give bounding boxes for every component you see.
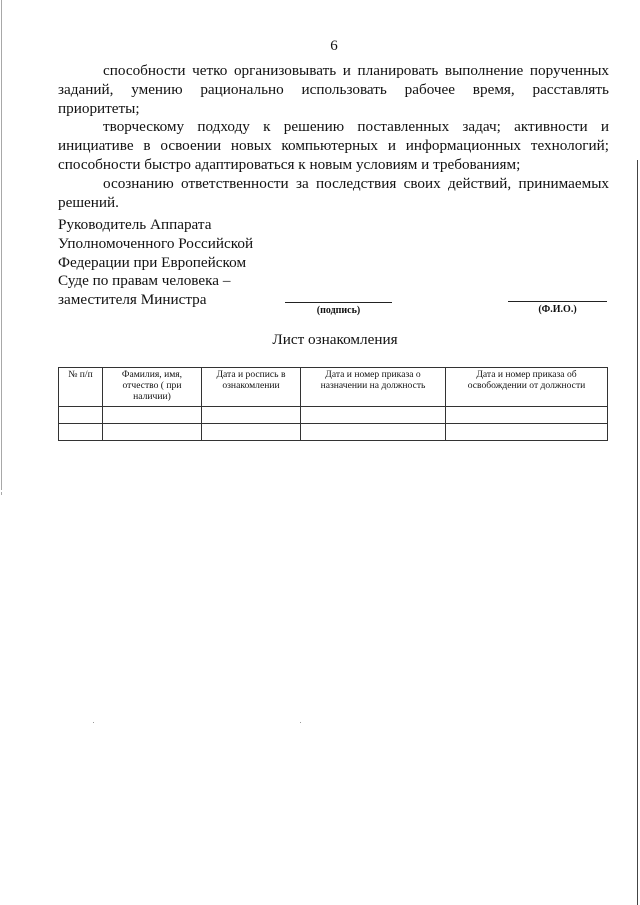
name-line [508, 301, 607, 302]
table-cell[interactable] [103, 407, 202, 424]
table-cell[interactable] [202, 407, 301, 424]
signatory-line: Руководитель Аппарата [58, 216, 298, 235]
acknowledgement-table: № п/п Фамилия, имя, отчество ( при налич… [58, 367, 608, 441]
column-header-appointment-order: Дата и номер приказа о назначении на дол… [301, 368, 446, 407]
table-cell[interactable] [446, 424, 608, 441]
paragraph: способности четко организовывать и плани… [58, 62, 609, 118]
signatory-line: Федерации при Европейском [58, 254, 298, 273]
page-left-edge-dashed [1, 450, 2, 495]
scan-speck [93, 722, 94, 723]
page-number: 6 [0, 38, 640, 55]
table-cell[interactable] [446, 407, 608, 424]
paragraph: осознанию ответственности за последствия… [58, 175, 609, 213]
table-cell[interactable] [59, 407, 103, 424]
signature-caption: (подпись) [285, 305, 392, 316]
name-caption: (Ф.И.О.) [508, 304, 607, 315]
scan-speck [300, 722, 301, 723]
column-header-dismissal-order: Дата и номер приказа об освобождении от … [446, 368, 608, 407]
signatory-line: Уполномоченного Российской [58, 235, 298, 254]
table-header-row: № п/п Фамилия, имя, отчество ( при налич… [59, 368, 608, 407]
signatory-line: Суде по правам человека – [58, 272, 298, 291]
table-cell[interactable] [202, 424, 301, 441]
table-row [59, 407, 608, 424]
sheet-title: Лист ознакомления [0, 331, 640, 349]
paragraph: творческому подходу к решению поставленн… [58, 118, 609, 174]
column-header-full-name: Фамилия, имя, отчество ( при наличии) [103, 368, 202, 407]
table-cell[interactable] [103, 424, 202, 441]
body-text: способности четко организовывать и плани… [58, 62, 609, 212]
table-cell[interactable] [59, 424, 103, 441]
signature-line [285, 302, 392, 303]
table-cell[interactable] [301, 407, 446, 424]
column-header-ack-date-signature: Дата и роспись в ознакомлении [202, 368, 301, 407]
page-right-edge [637, 160, 638, 905]
signatory-title: Руководитель Аппарата Уполномоченного Ро… [58, 216, 298, 310]
table-row [59, 424, 608, 441]
signatory-line: заместителя Министра [58, 291, 298, 310]
table-cell[interactable] [301, 424, 446, 441]
column-header-number: № п/п [59, 368, 103, 407]
page-left-edge [1, 0, 2, 490]
